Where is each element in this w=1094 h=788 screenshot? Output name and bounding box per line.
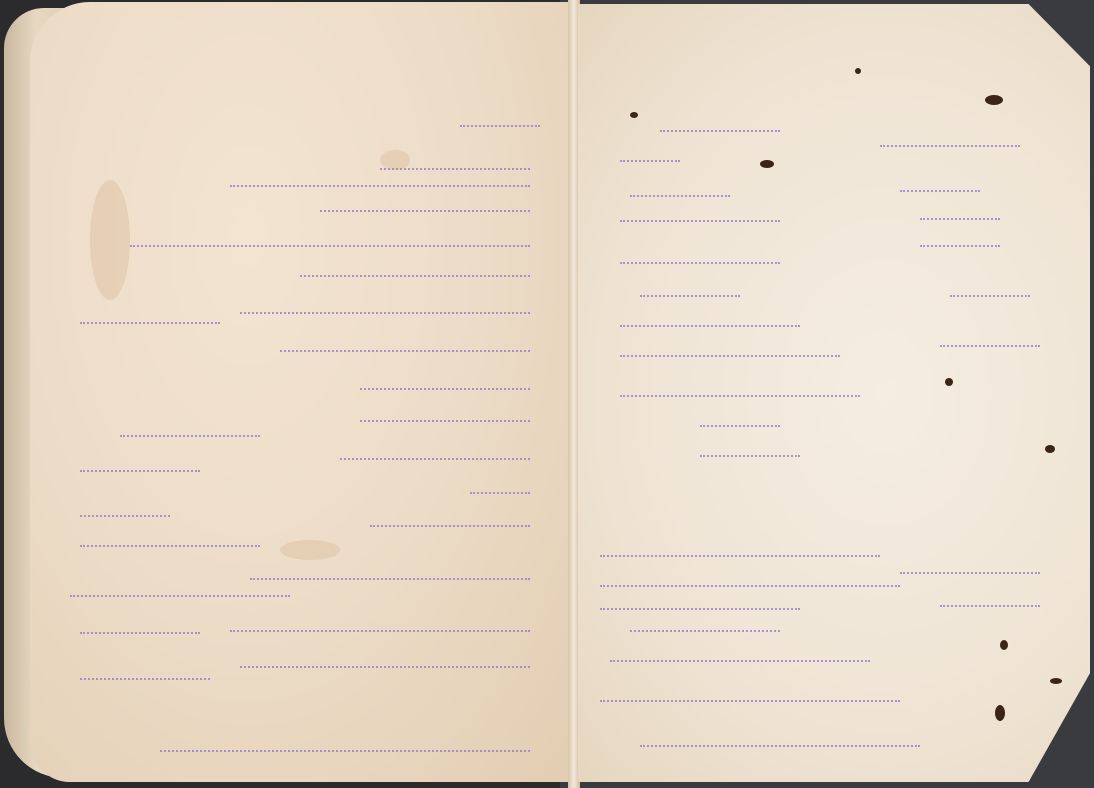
handwritten-line <box>600 585 900 590</box>
handwritten-line <box>160 750 530 755</box>
handwritten-line <box>700 425 780 430</box>
handwritten-line <box>940 605 1040 610</box>
right-page <box>578 4 1090 782</box>
handwritten-line <box>620 355 840 360</box>
wormhole <box>1000 640 1008 650</box>
wormhole <box>995 705 1005 721</box>
handwritten-line <box>380 168 530 173</box>
handwritten-line <box>70 595 290 600</box>
handwritten-line <box>340 458 530 463</box>
handwritten-line <box>470 492 530 497</box>
wormhole <box>855 68 861 74</box>
handwritten-line <box>320 210 530 215</box>
handwritten-line <box>360 420 530 425</box>
handwritten-line <box>600 608 800 613</box>
handwritten-line <box>620 262 780 267</box>
wormhole <box>760 160 774 168</box>
wormhole <box>1045 445 1055 453</box>
handwritten-line <box>80 632 200 637</box>
handwritten-line <box>610 660 870 665</box>
handwritten-line <box>360 388 530 393</box>
handwritten-line <box>300 275 530 280</box>
handwritten-line <box>640 745 920 750</box>
handwritten-line <box>900 572 1040 577</box>
handwritten-line <box>620 220 780 225</box>
handwritten-line <box>630 630 780 635</box>
handwritten-line <box>600 555 880 560</box>
handwritten-line <box>240 312 530 317</box>
handwritten-line <box>920 218 1000 223</box>
paper-stain <box>380 150 410 170</box>
paper-stain <box>90 180 130 300</box>
handwritten-line <box>280 350 530 355</box>
wormhole <box>945 378 953 386</box>
handwritten-line <box>660 130 780 135</box>
handwritten-line <box>700 455 800 460</box>
handwritten-line <box>230 185 530 190</box>
handwritten-line <box>370 525 530 530</box>
handwritten-line <box>240 666 530 671</box>
handwritten-line <box>900 190 980 195</box>
handwritten-line <box>80 515 170 520</box>
handwritten-line <box>640 295 740 300</box>
handwritten-line <box>600 700 900 705</box>
handwritten-line <box>80 678 210 683</box>
handwritten-line <box>950 295 1030 300</box>
handwritten-line <box>80 545 260 550</box>
handwritten-line <box>630 195 730 200</box>
handwritten-line <box>130 245 530 250</box>
handwritten-line <box>620 160 680 165</box>
paper-stain <box>280 540 340 560</box>
wormhole <box>1050 678 1062 684</box>
handwritten-line <box>120 435 260 440</box>
handwritten-line <box>620 395 860 400</box>
handwritten-line <box>620 325 800 330</box>
handwritten-line <box>80 470 200 475</box>
handwritten-line <box>920 245 1000 250</box>
wormhole <box>985 95 1003 105</box>
handwritten-line <box>460 125 540 130</box>
wormhole <box>630 112 638 118</box>
handwritten-line <box>940 345 1040 350</box>
handwritten-line <box>880 145 1020 150</box>
handwritten-line <box>250 578 530 583</box>
handwritten-line <box>80 322 220 327</box>
handwritten-line <box>230 630 530 635</box>
